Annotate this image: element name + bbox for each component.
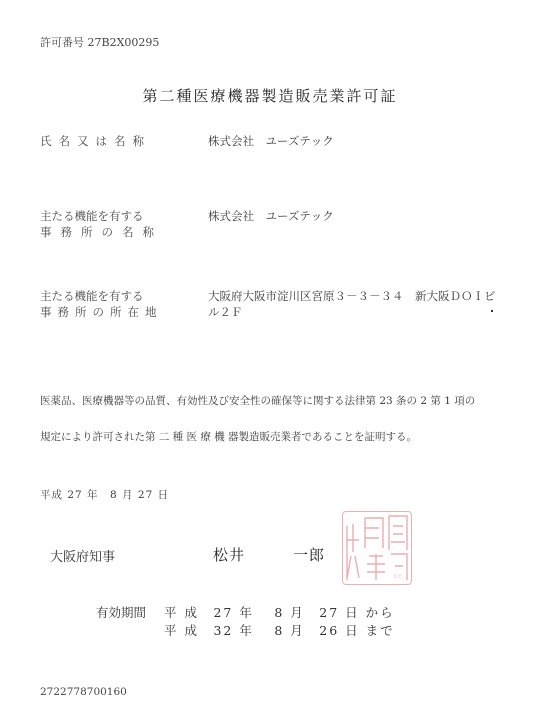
permit-number: 許可番号 27B2X00295	[40, 34, 159, 50]
scan-artifact-dot	[491, 310, 493, 312]
issuer-title: 大阪府知事	[50, 546, 115, 565]
official-seal-icon: なた	[342, 511, 412, 585]
issuer-signature: 松井一郎	[213, 544, 325, 565]
svg-text:なた: なた	[393, 573, 403, 580]
field-label-line: 事務所の所在地	[40, 304, 163, 320]
field-label-line: 事務所の名称	[40, 224, 163, 240]
field-label-office-address: 主たる機能を有する 事務所の所在地	[40, 288, 163, 320]
certification-text-line-1: 医薬品、医療機器等の品質、有効性及び安全性の確保等に関する法律第 23 条の 2…	[40, 393, 475, 408]
validity-label: 有効期間	[96, 603, 146, 621]
field-label-office-name: 主たる機能を有する 事務所の名称	[40, 208, 163, 240]
field-value-line: 株式会社 ユーズテック	[208, 133, 334, 149]
field-value-office-name: 株式会社 ユーズテック	[208, 208, 334, 224]
certification-text-line-2: 規定により許可された第 二 種 医 療 機 器製造販売業者であることを証明する。	[40, 429, 417, 444]
issue-date: 平成 27 年 8 月 27 日	[40, 487, 169, 502]
issuer-family-name: 松井	[213, 546, 245, 564]
field-label-line: 主たる機能を有する	[40, 208, 163, 224]
field-label-name: 氏名又は名称	[40, 133, 151, 149]
field-label-line: 氏名又は名称	[40, 133, 151, 149]
validity-to: 平 成 32 年 8 月 26 日 まで	[164, 621, 395, 639]
issuer-given-name: 一郎	[293, 546, 325, 564]
field-value-office-address: 大阪府大阪市淀川区宮原３－３－３４ 新大阪ＤＯＩビ ル２Ｆ	[208, 288, 496, 320]
field-value-line: ル２Ｆ	[208, 304, 496, 320]
validity-from: 平 成 27 年 8 月 27 日 から	[164, 603, 395, 621]
field-value-line: 株式会社 ユーズテック	[208, 208, 334, 224]
seal-glyphs-icon: なた	[343, 512, 411, 584]
field-label-line: 主たる機能を有する	[40, 288, 163, 304]
field-value-line: 大阪府大阪市淀川区宮原３－３－３４ 新大阪ＤＯＩビ	[208, 288, 496, 304]
footer-number: 2722778700160	[40, 686, 127, 698]
document-title: 第二種医療機器製造販売業許可証	[0, 85, 540, 106]
field-value-name: 株式会社 ユーズテック	[208, 133, 334, 149]
